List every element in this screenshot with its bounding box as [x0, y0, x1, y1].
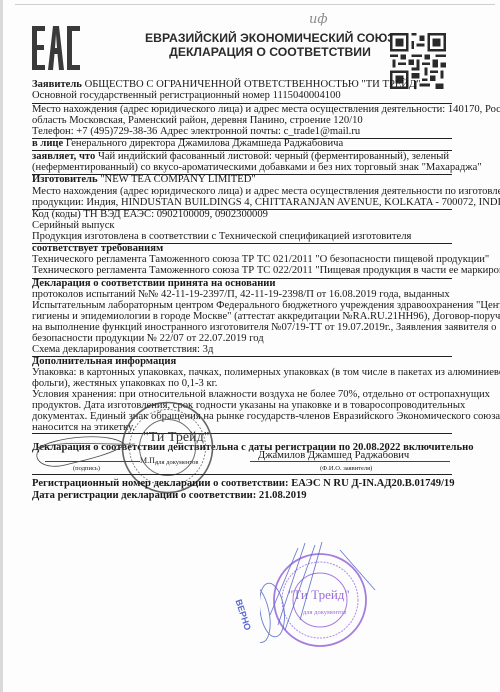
stamp-sub-text: для документов — [155, 457, 199, 469]
stamp-center-text: "Ти Трейд" — [143, 432, 209, 444]
scan-edge — [0, 0, 3, 692]
declaration-label: заявляет, что — [32, 151, 95, 162]
title-declaration: ДЕКЛАРАЦИЯ О СООТВЕТСТВИИ — [140, 45, 400, 59]
manufacturer-address-2: продукции: Индия, HINDUSTAN BUILDINGS 4,… — [32, 197, 500, 209]
name-line — [250, 461, 450, 462]
representative-text: Генерального директора Джамилова Джамшед… — [66, 138, 343, 149]
scan-edge-top — [15, 4, 495, 5]
eac-logo-icon — [32, 26, 80, 70]
representative-label: в лице — [32, 138, 63, 149]
certification-pen-strokes-icon — [260, 540, 390, 655]
product-spec: Продукция изготовлена в соответствии с Т… — [32, 231, 411, 243]
manufacturer-label: Изготовитель — [32, 174, 98, 185]
document-title: ЕВРАЗИЙСКИЙ ЭКОНОМИЧЕСКИЙ СОЮЗ ДЕКЛАРАЦИ… — [140, 31, 400, 59]
manufacturer-name: "NEW TEA COMPANY LIMITED" — [100, 174, 256, 185]
registration-date: Дата регистрации декларации о соответств… — [32, 490, 307, 502]
manufacturer-line: Изготовитель "NEW TEA COMPANY LIMITED" — [32, 174, 256, 186]
registration-number: Регистрационный номер декларации о соотв… — [32, 478, 455, 490]
declaration-document: uф ЕВРАЗИЙСКИЙ ЭКОНОМИЧЕСКИЙ СОЮЗ ДЕКЛАР… — [0, 0, 500, 692]
declaration-scheme: Схема декларирования соответствия: 3д — [32, 344, 213, 356]
title-union: ЕВРАЗИЙСКИЙ ЭКОНОМИЧЕСКИЙ СОЮЗ — [140, 31, 400, 45]
applicant-label: Заявитель — [32, 79, 82, 90]
requirement-item: Технического регламента Таможенного союз… — [32, 265, 500, 277]
divider — [32, 474, 452, 475]
applicant-contacts: Телефон: +7 (495)729-38-36 Адрес электро… — [32, 126, 360, 138]
representative-line: в лице Генерального директора Джамилова … — [32, 138, 343, 150]
declaration-text-1: Чай индийский фасованный листовой: черны… — [98, 151, 449, 162]
applicant-ogrn: Основной государственный регистрационный… — [32, 90, 341, 102]
handwritten-verno: ВЕРНО — [232, 598, 253, 632]
applicant-name: ОБЩЕСТВО С ОГРАНИЧЕННОЙ ОТВЕТСТВЕННОСТЬЮ… — [85, 79, 421, 90]
declaration-line-2: (неферментированный) со вкусо-ароматичес… — [32, 162, 482, 174]
handwritten-note: uф — [309, 12, 328, 27]
